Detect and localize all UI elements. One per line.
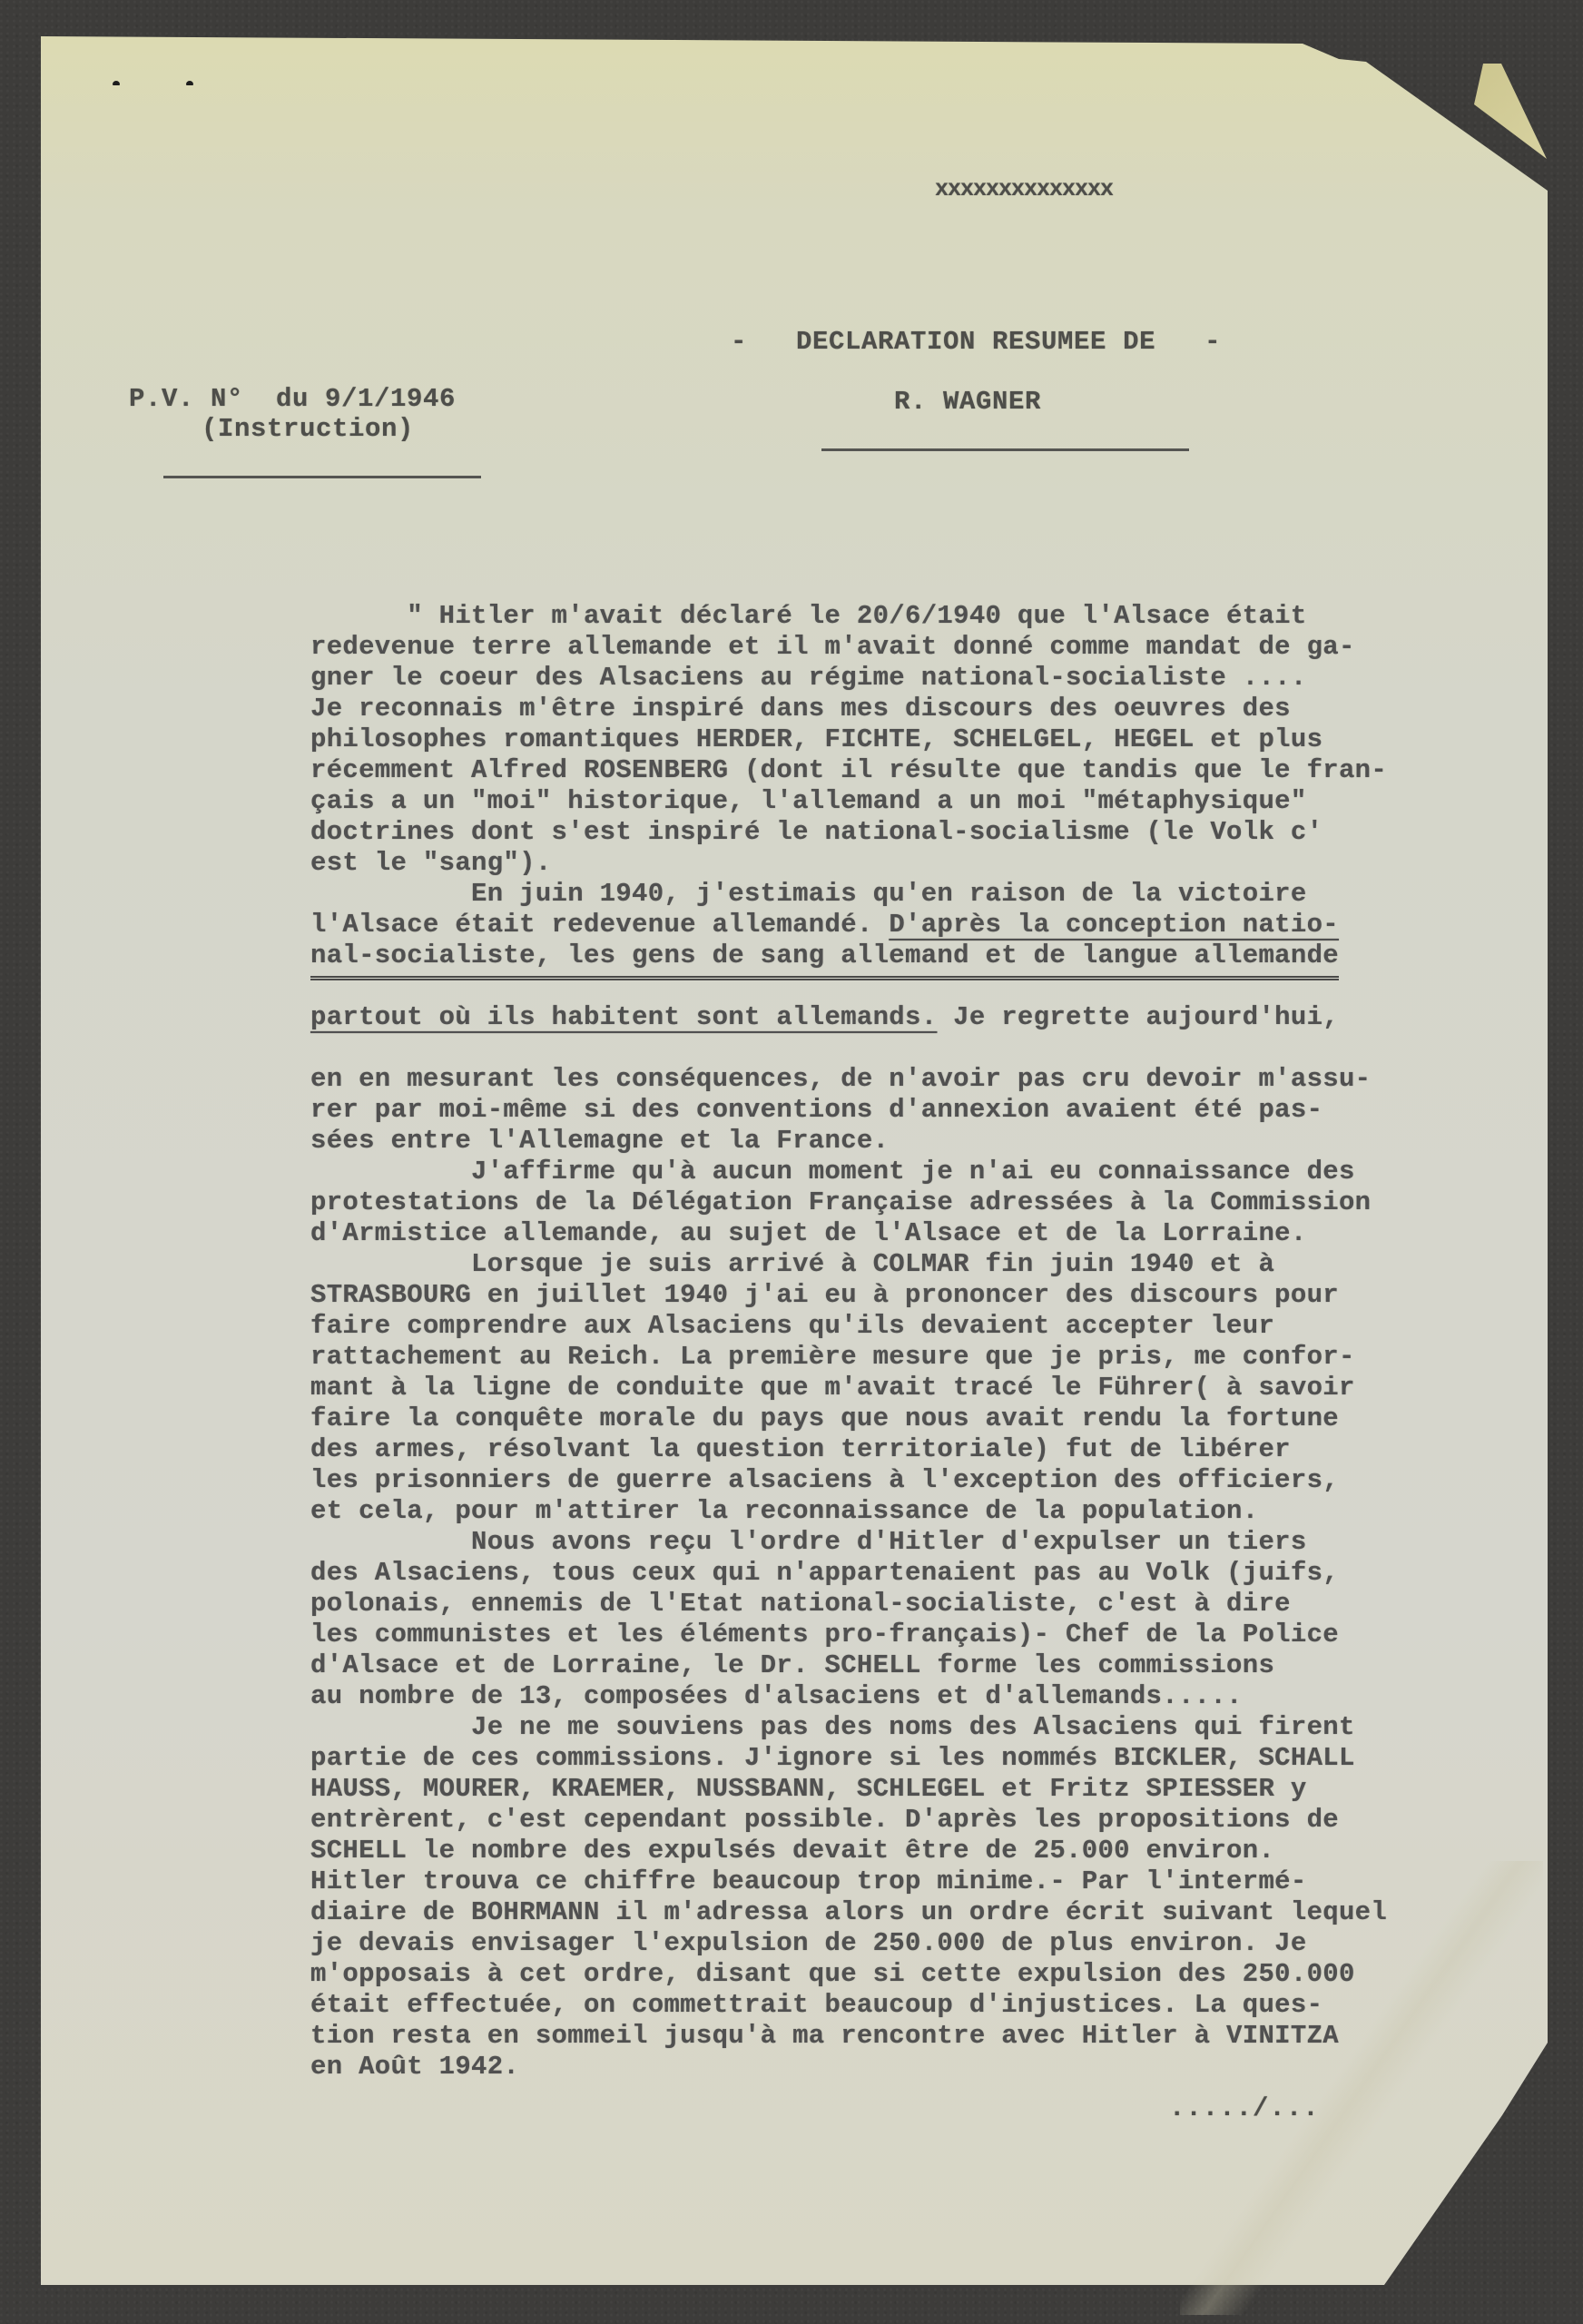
continuation-mark: ...../... <box>1169 2095 1320 2122</box>
body-line: l'Alsace était redevenue allemandé. D'ap… <box>310 911 1339 938</box>
body-line: gner le coeur des Alsaciens au régime na… <box>310 665 1307 691</box>
top-mark: xxxxxxxxxxxxxx <box>935 178 1113 201</box>
body-line: faire la conquête morale du pays que nou… <box>310 1405 1339 1432</box>
document-subject: R. WAGNER <box>894 389 1041 415</box>
underlined-passage: partout où ils habitent sont allemands. <box>310 1002 937 1032</box>
body-line: mant à la ligne de conduite que m'avait … <box>310 1374 1355 1401</box>
body-line: SCHELL le nombre des expulsés devait êtr… <box>310 1837 1274 1864</box>
body-line: Lorsque je suis arrivé à COLMAR fin juin… <box>310 1251 1274 1277</box>
body-line: partie de ces commissions. J'ignore si l… <box>310 1745 1355 1771</box>
body-line: partout où ils habitent sont allemands. … <box>310 1004 1339 1030</box>
body-line: des Alsaciens, tous ceux qui n'appartena… <box>310 1560 1339 1586</box>
body-line: polonais, ennemis de l'Etat national-soc… <box>310 1590 1291 1617</box>
body-line: des armes, résolvant la question territo… <box>310 1436 1291 1462</box>
body-line: rer par moi-même si des conventions d'an… <box>310 1097 1322 1123</box>
body-line: en en mesurant les conséquences, de n'av… <box>310 1066 1371 1092</box>
body-line: les communistes et les éléments pro-fran… <box>310 1621 1339 1648</box>
body-line: tion resta en sommeil jusqu'à ma rencont… <box>310 2023 1339 2049</box>
body-line: nal-socialiste, les gens de sang alleman… <box>310 942 1339 969</box>
body-line: les prisonniers de guerre alsaciens à l'… <box>310 1467 1339 1493</box>
body-line: entrèrent, c'est cependant possible. D'a… <box>310 1807 1339 1833</box>
reference-line: P.V. N° du 9/1/1946 <box>129 386 456 412</box>
body-text: l'Alsace était redevenue allemandé. <box>310 910 889 940</box>
underlined-passage: D'après la conception natio- <box>889 910 1339 940</box>
body-line: çais a un "moi" historique, l'allemand a… <box>310 788 1307 814</box>
body-line: " Hitler m'avait déclaré le 20/6/1940 qu… <box>310 603 1307 629</box>
body-line: Hitler trouva ce chiffre beaucoup trop m… <box>310 1868 1307 1895</box>
body-line: Je reconnais m'être inspiré dans mes dis… <box>310 695 1291 722</box>
body-line: est le "sang"). <box>310 850 552 876</box>
body-line: faire comprendre aux Alsaciens qu'ils de… <box>310 1313 1274 1339</box>
body-line: doctrines dont s'est inspiré le national… <box>310 819 1322 845</box>
body-line: sées entre l'Allemagne et la France. <box>310 1128 889 1154</box>
body-line: diaire de BOHRMANN il m'adressa alors un… <box>310 1899 1387 1925</box>
document-title: - DECLARATION RESUMEE DE - <box>731 329 1221 355</box>
body-line: Je ne me souviens pas des noms des Alsac… <box>310 1714 1355 1740</box>
body-line: En juin 1940, j'estimais qu'en raison de… <box>310 881 1307 907</box>
body-line: protestations de la Délégation Française… <box>310 1189 1371 1216</box>
body-line: et cela, pour m'attirer la reconnaissanc… <box>310 1498 1258 1524</box>
body-line: d'Alsace et de Lorraine, le Dr. SCHELL f… <box>310 1652 1274 1679</box>
body-line: en Août 1942. <box>310 2053 519 2080</box>
reference-underline <box>163 476 481 478</box>
punch-hole <box>113 81 120 85</box>
body-line: rattachement au Reich. La première mesur… <box>310 1344 1355 1370</box>
body-text: Je regrette aujourd'hui, <box>937 1002 1339 1032</box>
underlined-passage: nal-socialiste, les gens de sang alleman… <box>310 940 1339 980</box>
body-line: redevenue terre allemande et il m'avait … <box>310 634 1355 660</box>
subject-underline <box>821 448 1189 451</box>
reference-subline: (Instruction) <box>202 416 414 442</box>
body-line: philosophes romantiques HERDER, FICHTE, … <box>310 726 1322 753</box>
body-line: m'opposais à cet ordre, disant que si ce… <box>310 1961 1355 1987</box>
body-line: J'affirme qu'à aucun moment je n'ai eu c… <box>310 1158 1355 1185</box>
body-line: était effectuée, on commettrait beaucoup… <box>310 1992 1322 2018</box>
body-line: d'Armistice allemande, au sujet de l'Als… <box>310 1220 1307 1246</box>
body-line: HAUSS, MOURER, KRAEMER, NUSSBANN, SCHLEG… <box>310 1776 1307 1802</box>
punch-hole <box>186 81 193 85</box>
body-line: Nous avons reçu l'ordre d'Hitler d'expul… <box>310 1529 1307 1555</box>
body-line: récemment Alfred ROSENBERG (dont il résu… <box>310 757 1387 783</box>
body-line: au nombre de 13, composées d'alsaciens e… <box>310 1683 1243 1709</box>
body-line: je devais envisager l'expulsion de 250.0… <box>310 1930 1307 1956</box>
body-line: STRASBOURG en juillet 1940 j'ai eu à pro… <box>310 1282 1339 1308</box>
